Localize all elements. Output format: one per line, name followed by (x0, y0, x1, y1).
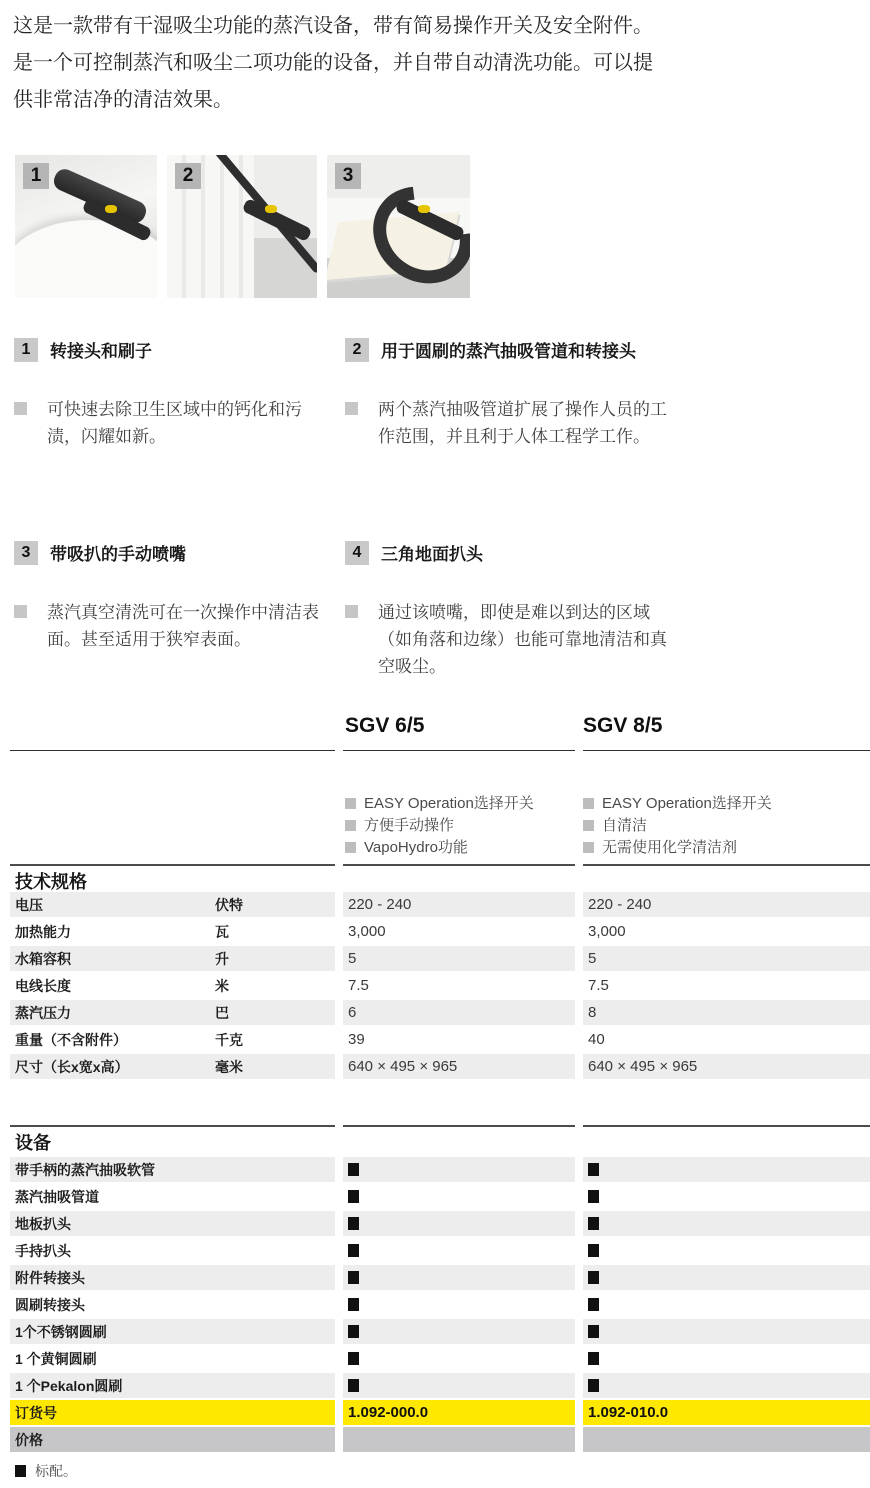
equipment-row: 带手柄的蒸汽抽吸软管 (10, 1157, 870, 1182)
product-name-sgv85: SGV 8/5 (583, 714, 870, 738)
spec-value-sgv85: 220 - 240 (583, 892, 870, 917)
spec-label: 水箱容积 (15, 949, 71, 969)
equipment-included-sgv65 (343, 1346, 575, 1371)
separator-line (10, 864, 870, 866)
equipment-section-heading: 设备 (15, 1129, 51, 1155)
spec-label: 重量（不含附件） (15, 1030, 127, 1050)
specs-row: 水箱容积 升 5 5 (10, 946, 870, 971)
feature-3-title: 带吸扒的手动喷嘴 (50, 540, 186, 565)
equipment-row: 圆刷转接头 (10, 1292, 870, 1317)
included-marker-icon (348, 1379, 359, 1392)
spec-label-cell: 加热能力 瓦 (10, 919, 335, 944)
spec-value-sgv65: 640 × 495 × 965 (343, 1054, 575, 1079)
bullet-square-icon (583, 820, 594, 831)
product-photo: 1 (15, 155, 157, 298)
feature-3-description: 蒸汽真空清洗可在一次操作中清洁表面。甚至适用于狭窄表面。 (47, 599, 325, 653)
equipment-table: 带手柄的蒸汽抽吸软管 蒸汽抽吸管道 (10, 1157, 870, 1454)
equipment-included-sgv65 (343, 1265, 575, 1290)
spec-value-sgv65: 220 - 240 (343, 892, 575, 917)
equipment-label-cell: 圆刷转接头 (10, 1292, 335, 1317)
spec-label: 蒸汽压力 (15, 1003, 71, 1023)
feature-1-title: 转接头和刷子 (50, 337, 152, 362)
feature-4-bullet: 通过该喷嘴，即使是难以到达的区域（如角落和边缘）也能可靠地清洁和真空吸尘。 (345, 599, 667, 680)
included-marker-icon (348, 1244, 359, 1257)
feature-2-description: 两个蒸汽抽吸管道扩展了操作人员的工作范围，并且利于人体工程学工作。 (378, 396, 667, 450)
highlight-text: VapoHydro功能 (364, 837, 468, 859)
photo-number-badge: 1 (23, 163, 49, 189)
spec-value-sgv85: 5 (583, 946, 870, 971)
spec-value-sgv85: 8 (583, 1000, 870, 1025)
included-marker-icon (588, 1271, 599, 1284)
specs-row: 加热能力 瓦 3,000 3,000 (10, 919, 870, 944)
feature-3: 3 带吸扒的手动喷嘴 蒸汽真空清洗可在一次操作中清洁表面。甚至适用于狭窄表面。 (14, 540, 344, 653)
spec-value-sgv85: 640 × 495 × 965 (583, 1054, 870, 1079)
equipment-label: 1个不锈钢圆刷 (15, 1322, 107, 1342)
included-marker-icon (588, 1379, 599, 1392)
feature-1-number-badge: 1 (14, 338, 38, 362)
equipment-row: 1 个Pekalon圆刷 (10, 1373, 870, 1398)
spec-label: 尺寸（长x宽x高） (15, 1057, 129, 1077)
bullet-square-icon (345, 605, 358, 618)
highlight-text: EASY Operation选择开关 (364, 793, 534, 815)
order-number-row: 订货号 1.092-000.0 1.092-010.0 (10, 1400, 870, 1425)
feature-3-header: 3 带吸扒的手动喷嘴 (14, 540, 344, 565)
tool-handle-shape (395, 198, 466, 242)
photo-number-badge: 3 (335, 163, 361, 189)
spec-label-cell: 尺寸（长x宽x高） 毫米 (10, 1054, 335, 1079)
included-marker-icon (588, 1190, 599, 1203)
included-marker-icon (348, 1298, 359, 1311)
highlight-item: 自清洁 (583, 815, 870, 837)
spec-unit: 伏特 (215, 895, 243, 915)
included-marker-icon (348, 1325, 359, 1338)
equipment-label: 1 个黄铜圆刷 (15, 1349, 97, 1369)
product-name-sgv65: SGV 6/5 (345, 714, 583, 738)
equipment-label: 带手柄的蒸汽抽吸软管 (15, 1160, 155, 1180)
equipment-included-sgv85 (583, 1184, 870, 1209)
spec-label: 加热能力 (15, 922, 71, 942)
feature-4: 4 三角地面扒头 通过该喷嘴，即使是难以到达的区域（如角落和边缘）也能可靠地清洁… (345, 540, 667, 680)
feature-1: 1 转接头和刷子 可快速去除卫生区域中的钙化和污渍，闪耀如新。 (14, 337, 344, 450)
specs-section-heading: 技术规格 (15, 868, 87, 894)
feature-2: 2 用于圆刷的蒸汽抽吸管道和转接头 两个蒸汽抽吸管道扩展了操作人员的工作范围，并… (345, 337, 667, 450)
spec-label: 电压 (15, 895, 43, 915)
equipment-label-cell: 手持扒头 (10, 1238, 335, 1263)
included-marker-icon (348, 1352, 359, 1365)
price-label: 价格 (15, 1430, 43, 1450)
tool-handle-shape (82, 198, 153, 242)
equipment-row: 1 个黄铜圆刷 (10, 1346, 870, 1371)
spec-value-sgv65: 6 (343, 1000, 575, 1025)
equipment-label-cell: 带手柄的蒸汽抽吸软管 (10, 1157, 335, 1182)
equipment-label: 地板扒头 (15, 1214, 71, 1234)
equipment-included-sgv85 (583, 1373, 870, 1398)
equipment-label-cell: 1 个黄铜圆刷 (10, 1346, 335, 1371)
included-marker-icon (348, 1163, 359, 1176)
spec-label-cell: 电线长度 米 (10, 973, 335, 998)
highlights-sgv85: EASY Operation选择开关 自清洁 无需使用化学清洁剂 (583, 793, 870, 859)
order-number-label: 订货号 (15, 1403, 57, 1423)
equipment-label: 蒸汽抽吸管道 (15, 1187, 99, 1207)
spec-label-cell: 电压 伏特 (10, 892, 335, 917)
equipment-included-sgv65 (343, 1292, 575, 1317)
yellow-accent-shape (265, 205, 277, 213)
footnote: 标配。 (15, 1461, 77, 1481)
product-model-headers: SGV 6/5 SGV 8/5 (345, 714, 870, 738)
equipment-included-sgv85 (583, 1319, 870, 1344)
equipment-included-sgv65 (343, 1238, 575, 1263)
spec-label-cell: 水箱容积 升 (10, 946, 335, 971)
spec-value-sgv65: 7.5 (343, 973, 575, 998)
highlight-text: 方便手动操作 (364, 815, 454, 837)
highlight-text: 自清洁 (602, 815, 647, 837)
specs-table: 电压 伏特 220 - 240 220 - 240 加热能力 瓦 3,000 3… (10, 892, 870, 1081)
equipment-label-cell: 1个不锈钢圆刷 (10, 1319, 335, 1344)
bullet-square-icon (345, 402, 358, 415)
photo-number-badge: 2 (175, 163, 201, 189)
bullet-square-icon (14, 605, 27, 618)
equipment-included-sgv65 (343, 1184, 575, 1209)
footnote-text: 标配。 (35, 1461, 77, 1481)
equipment-included-sgv65 (343, 1373, 575, 1398)
bullet-square-icon (583, 798, 594, 809)
feature-4-title: 三角地面扒头 (381, 540, 483, 565)
standard-marker-icon (15, 1465, 26, 1477)
spec-label-cell: 蒸汽压力 巴 (10, 1000, 335, 1025)
yellow-accent-shape (418, 205, 430, 213)
separator-line (10, 750, 870, 751)
feature-4-number-badge: 4 (345, 541, 369, 565)
equipment-included-sgv85 (583, 1238, 870, 1263)
order-number-sgv85: 1.092-010.0 (588, 1404, 668, 1421)
spec-unit: 米 (215, 976, 229, 996)
equipment-label-cell: 地板扒头 (10, 1211, 335, 1236)
bullet-square-icon (345, 842, 356, 853)
equipment-included-sgv85 (583, 1292, 870, 1317)
spec-value-sgv65: 3,000 (343, 919, 575, 944)
equipment-row: 地板扒头 (10, 1211, 870, 1236)
equipment-included-sgv65 (343, 1211, 575, 1236)
feature-1-header: 1 转接头和刷子 (14, 337, 344, 362)
spec-label: 电线长度 (15, 976, 71, 996)
equipment-included-sgv85 (583, 1157, 870, 1182)
equipment-included-sgv65 (343, 1319, 575, 1344)
price-sgv85 (583, 1427, 870, 1452)
included-marker-icon (588, 1325, 599, 1338)
highlight-text: 无需使用化学清洁剂 (602, 837, 737, 859)
highlight-item: VapoHydro功能 (345, 837, 583, 859)
included-marker-icon (348, 1217, 359, 1230)
highlight-item: EASY Operation选择开关 (345, 793, 583, 815)
highlight-item: 无需使用化学清洁剂 (583, 837, 870, 859)
highlight-text: EASY Operation选择开关 (602, 793, 772, 815)
spec-unit: 升 (215, 949, 229, 969)
spec-label-cell: 重量（不含附件） 千克 (10, 1027, 335, 1052)
feature-3-number-badge: 3 (14, 541, 38, 565)
separator-line (10, 1125, 870, 1127)
specs-row: 重量（不含附件） 千克 39 40 (10, 1027, 870, 1052)
tool-handle-shape (242, 198, 313, 242)
equipment-label-cell: 1 个Pekalon圆刷 (10, 1373, 335, 1398)
equipment-included-sgv85 (583, 1346, 870, 1371)
equipment-row: 蒸汽抽吸管道 (10, 1184, 870, 1209)
product-highlights: EASY Operation选择开关 方便手动操作 VapoHydro功能 EA… (345, 793, 870, 859)
spec-unit: 巴 (215, 1003, 229, 1023)
specs-row: 尺寸（长x宽x高） 毫米 640 × 495 × 965 640 × 495 ×… (10, 1054, 870, 1079)
equipment-row: 1个不锈钢圆刷 (10, 1319, 870, 1344)
feature-4-description: 通过该喷嘴，即使是难以到达的区域（如角落和边缘）也能可靠地清洁和真空吸尘。 (378, 599, 667, 680)
specs-row: 蒸汽压力 巴 6 8 (10, 1000, 870, 1025)
spec-unit: 瓦 (215, 922, 229, 942)
equipment-label: 1 个Pekalon圆刷 (15, 1376, 122, 1396)
spec-value-sgv85: 3,000 (583, 919, 870, 944)
spec-value-sgv65: 39 (343, 1027, 575, 1052)
highlights-sgv65: EASY Operation选择开关 方便手动操作 VapoHydro功能 (345, 793, 583, 859)
photo-gallery: 1 2 3 4 (15, 155, 480, 298)
equipment-included-sgv85 (583, 1265, 870, 1290)
order-number-sgv65: 1.092-000.0 (348, 1404, 428, 1421)
spec-unit: 毫米 (215, 1057, 243, 1077)
price-row: 价格 (10, 1427, 870, 1452)
included-marker-icon (588, 1352, 599, 1365)
included-marker-icon (588, 1244, 599, 1257)
equipment-label: 手持扒头 (15, 1241, 71, 1261)
equipment-included-sgv85 (583, 1211, 870, 1236)
bullet-square-icon (583, 842, 594, 853)
equipment-label-cell: 附件转接头 (10, 1265, 335, 1290)
included-marker-icon (588, 1298, 599, 1311)
feature-2-bullet: 两个蒸汽抽吸管道扩展了操作人员的工作范围，并且利于人体工程学工作。 (345, 396, 667, 450)
intro-paragraph: 这是一款带有干湿吸尘功能的蒸汽设备，带有简易操作开关及安全附件。是一个可控制蒸汽… (13, 8, 659, 119)
feature-1-description: 可快速去除卫生区域中的钙化和污渍，闪耀如新。 (47, 396, 325, 450)
feature-1-bullet: 可快速去除卫生区域中的钙化和污渍，闪耀如新。 (14, 396, 344, 450)
feature-2-title: 用于圆刷的蒸汽抽吸管道和转接头 (381, 337, 636, 362)
bullet-square-icon (345, 820, 356, 831)
included-marker-icon (588, 1163, 599, 1176)
spec-value-sgv85: 7.5 (583, 973, 870, 998)
specs-row: 电线长度 米 7.5 7.5 (10, 973, 870, 998)
equipment-label: 附件转接头 (15, 1268, 85, 1288)
spec-value-sgv85: 40 (583, 1027, 870, 1052)
equipment-label-cell: 蒸汽抽吸管道 (10, 1184, 335, 1209)
equipment-label: 圆刷转接头 (15, 1295, 85, 1315)
price-sgv65 (343, 1427, 575, 1452)
equipment-rows: 带手柄的蒸汽抽吸软管 蒸汽抽吸管道 (10, 1157, 870, 1398)
product-photo: 3 (327, 155, 470, 298)
feature-3-bullet: 蒸汽真空清洗可在一次操作中清洁表面。甚至适用于狭窄表面。 (14, 599, 344, 653)
included-marker-icon (588, 1217, 599, 1230)
feature-2-number-badge: 2 (345, 338, 369, 362)
yellow-accent-shape (105, 205, 117, 213)
equipment-row: 手持扒头 (10, 1238, 870, 1263)
spec-value-sgv65: 5 (343, 946, 575, 971)
feature-4-header: 4 三角地面扒头 (345, 540, 667, 565)
equipment-row: 附件转接头 (10, 1265, 870, 1290)
included-marker-icon (348, 1271, 359, 1284)
feature-2-header: 2 用于圆刷的蒸汽抽吸管道和转接头 (345, 337, 667, 362)
bullet-square-icon (345, 798, 356, 809)
bullet-square-icon (14, 402, 27, 415)
included-marker-icon (348, 1190, 359, 1203)
product-photo: 2 (167, 155, 317, 298)
highlight-item: EASY Operation选择开关 (583, 793, 870, 815)
highlight-item: 方便手动操作 (345, 815, 583, 837)
spec-unit: 千克 (215, 1030, 243, 1050)
specs-row: 电压 伏特 220 - 240 220 - 240 (10, 892, 870, 917)
equipment-included-sgv65 (343, 1157, 575, 1182)
